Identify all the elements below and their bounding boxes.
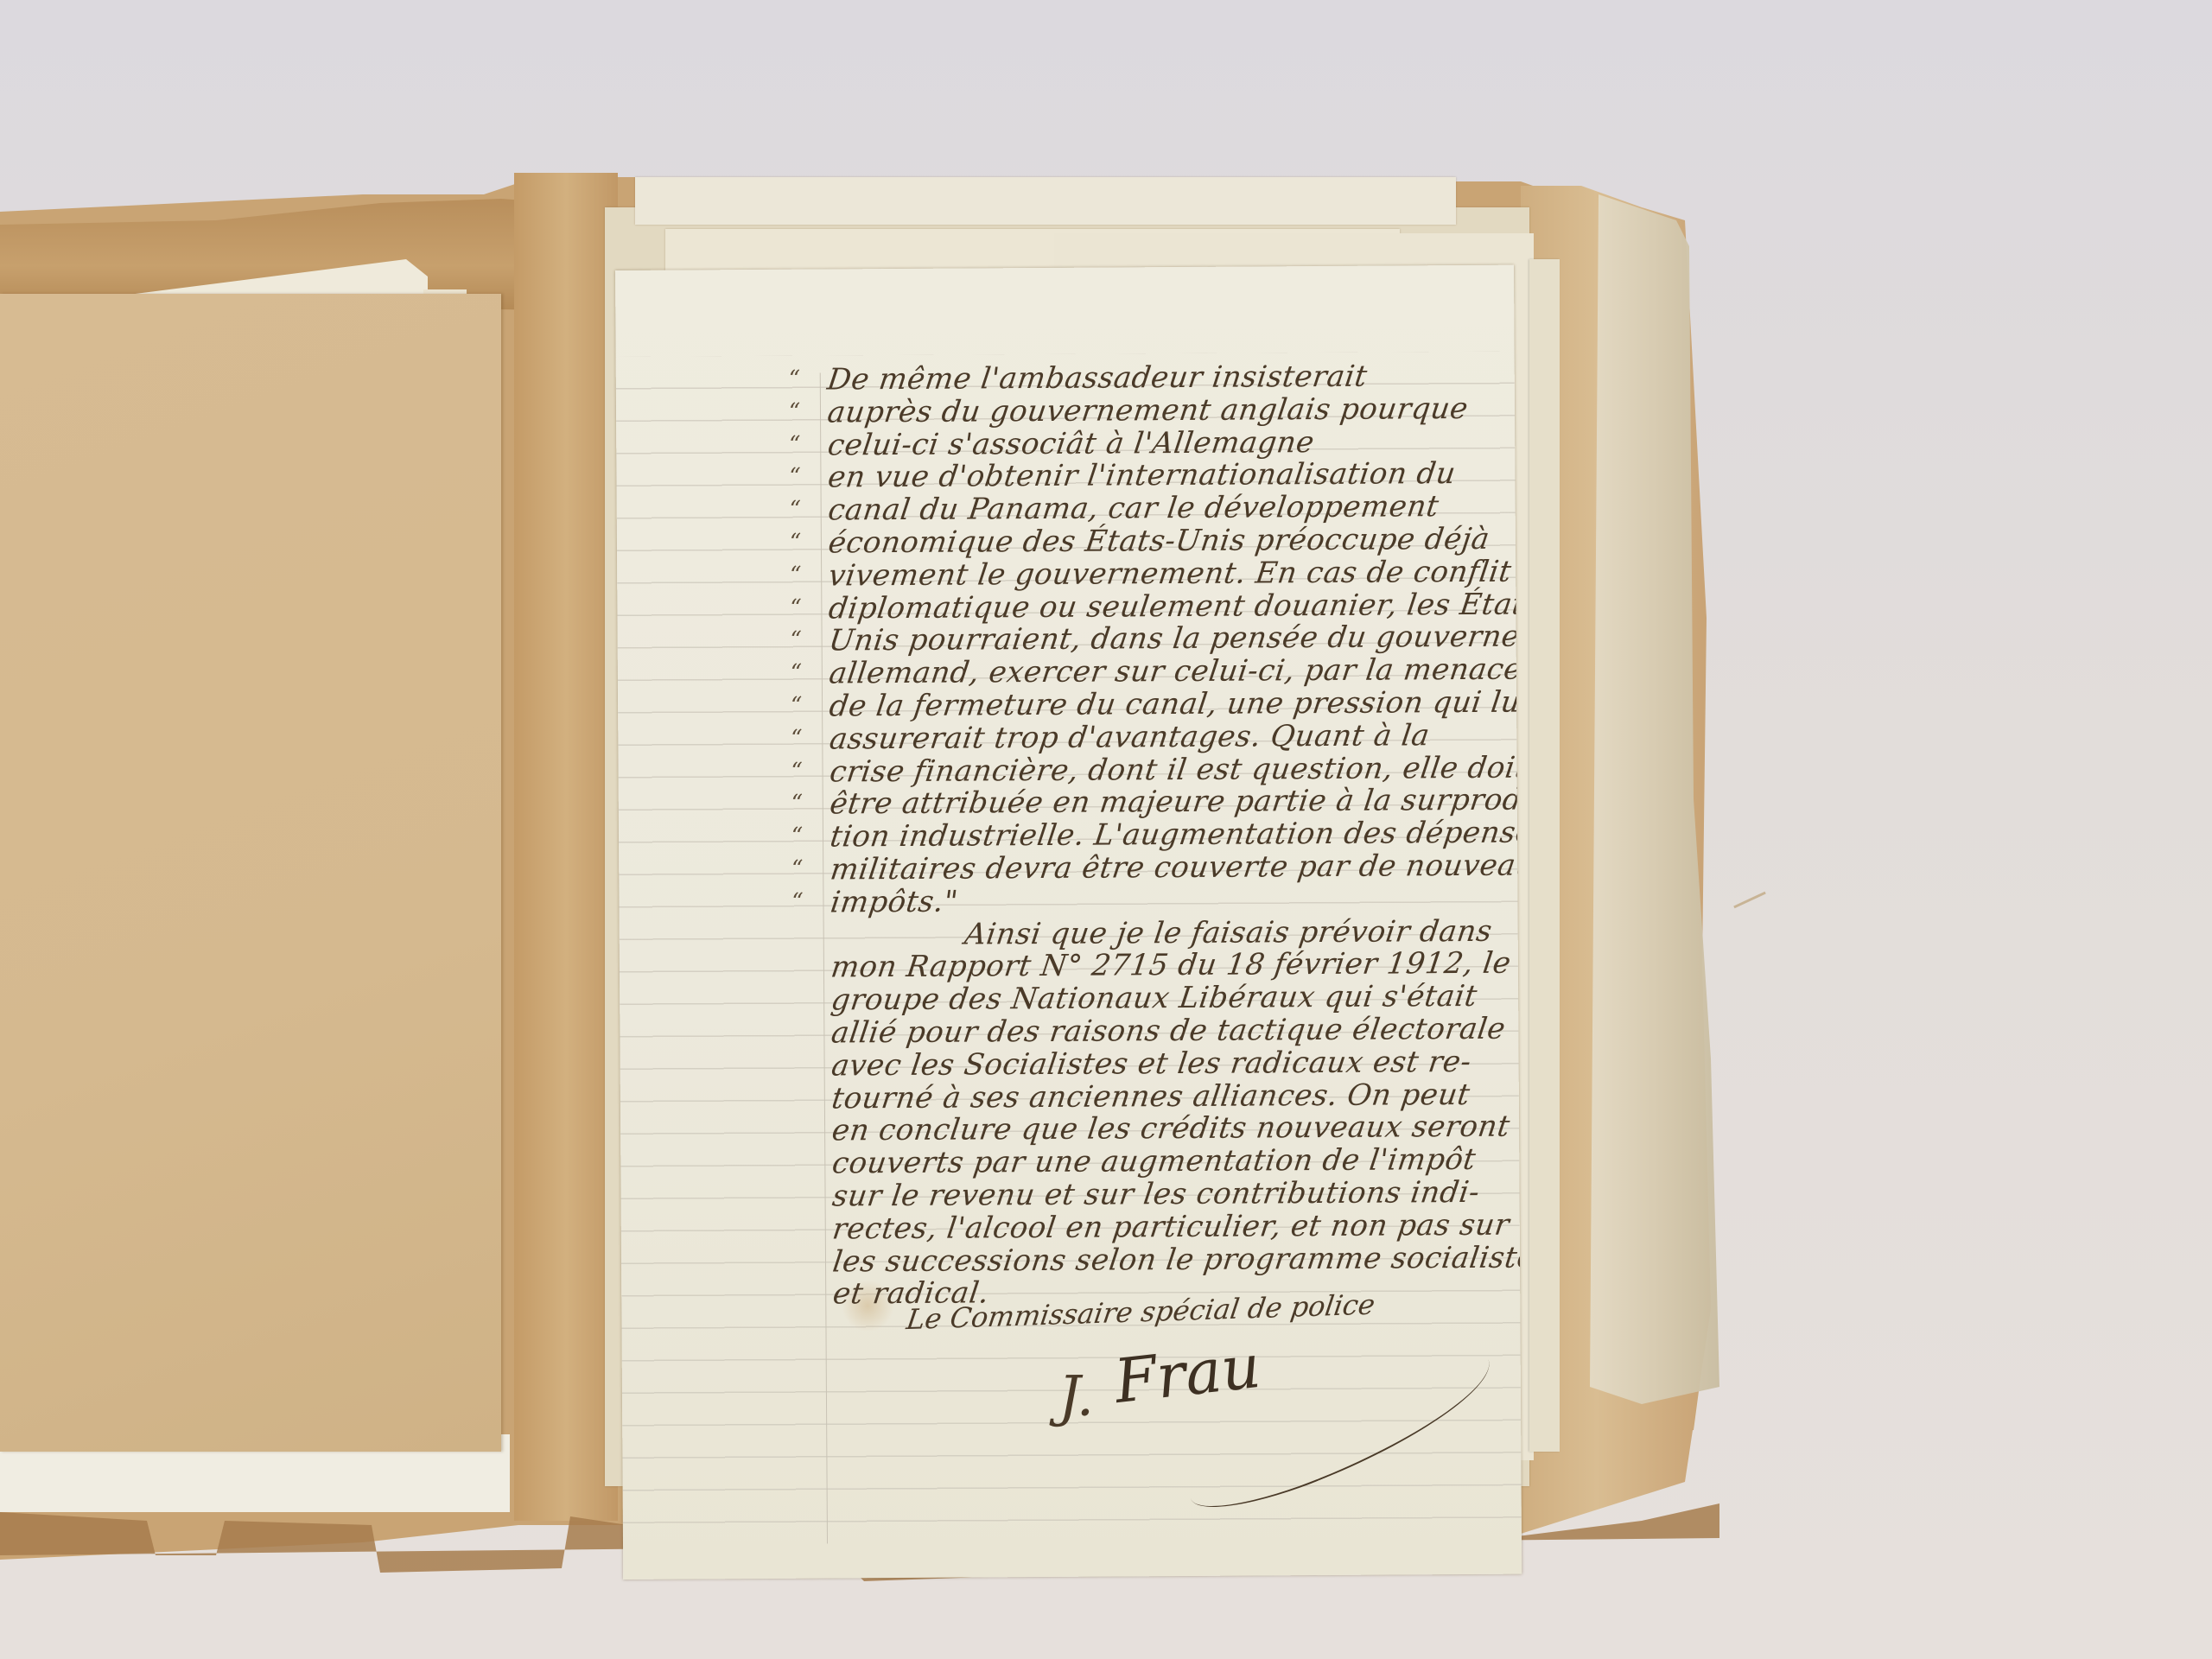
letter-line: militaires devra être couverte par de no… <box>829 848 1522 887</box>
letter-line: les successions selon le programme socia… <box>830 1240 1522 1279</box>
ditto-mark: “ <box>790 497 801 523</box>
letter-line: impôts." <box>829 884 960 919</box>
ditto-mark: “ <box>789 431 800 457</box>
ditto-mark: “ <box>791 888 803 914</box>
signature-initial: J. <box>1058 1365 1094 1429</box>
letter-line: auprès du gouvernement anglais pourque <box>825 391 1470 430</box>
paper-debris <box>1733 892 1766 909</box>
ditto-mark: “ <box>789 366 800 392</box>
ditto-mark: “ <box>791 660 802 686</box>
ditto-mark: “ <box>790 562 801 588</box>
stack-sheet-top <box>635 177 1456 225</box>
ditto-mark: “ <box>789 464 800 490</box>
ditto-mark: “ <box>791 856 803 882</box>
stack-sheet-edge <box>1529 259 1560 1452</box>
ditto-mark: “ <box>791 693 802 719</box>
folder-spine <box>514 173 618 1521</box>
ditto-mark: “ <box>790 530 801 556</box>
ditto-mark: “ <box>789 398 800 424</box>
left-blank-tan-page <box>0 294 501 1452</box>
ditto-mark: “ <box>791 627 802 653</box>
letter-line: avec les Socialistes et les radicaux est… <box>829 1045 1473 1084</box>
handwritten-letter-page: De même l'ambassadeur insisteraitauprès … <box>615 265 1522 1580</box>
ditto-mark: “ <box>790 594 801 620</box>
ditto-mark: “ <box>791 725 802 751</box>
letter-line: De même l'ambassadeur insisterait <box>825 359 1370 397</box>
ditto-mark: “ <box>791 791 803 817</box>
ditto-mark: “ <box>791 758 802 784</box>
letter-line: assurerait trop d'avantages. Quant à la <box>828 718 1432 756</box>
ditto-mark: “ <box>791 823 803 849</box>
